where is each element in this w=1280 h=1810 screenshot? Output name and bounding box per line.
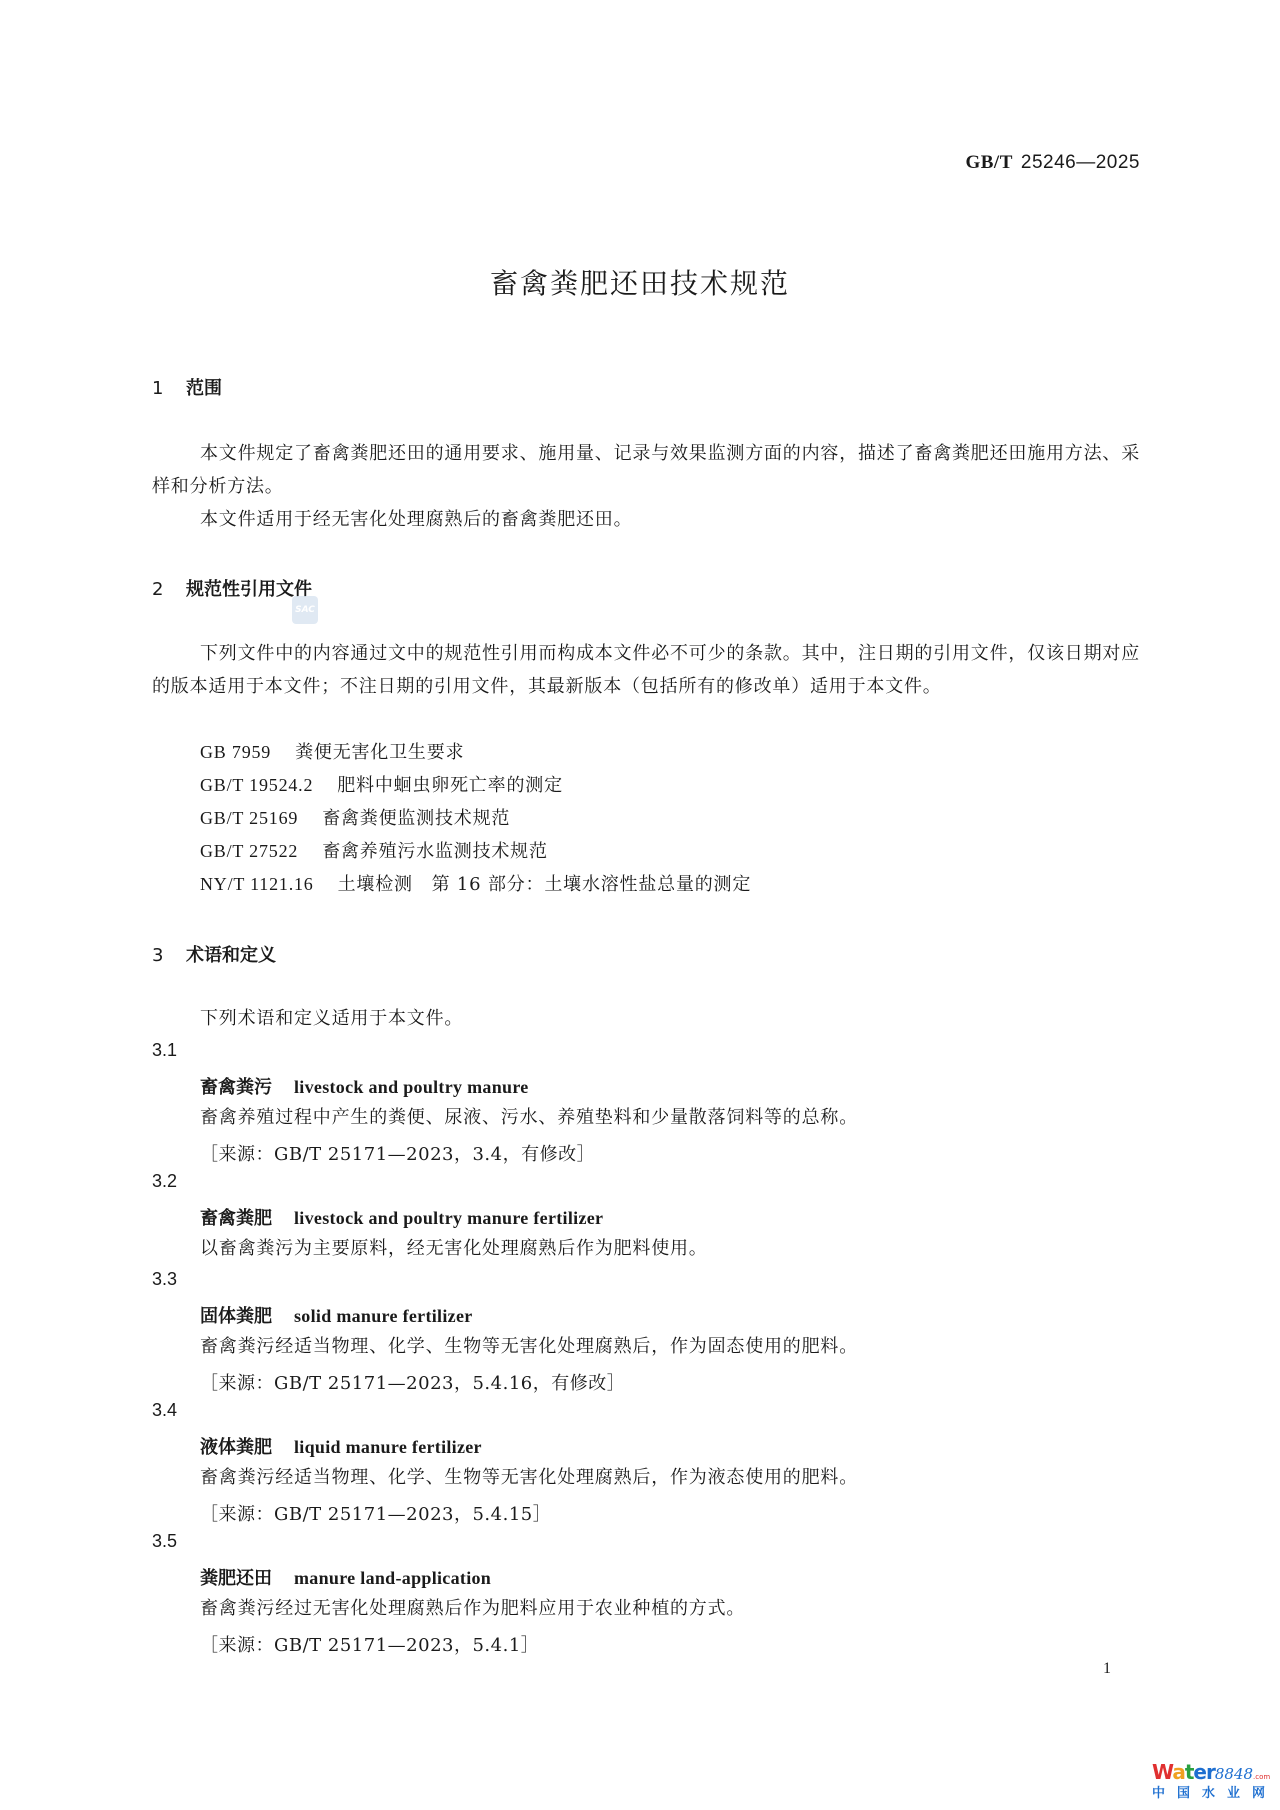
term-definition: 畜禽粪污经适当物理、化学、生物等无害化处理腐熟后，作为固态使用的肥料。 [200,1330,858,1363]
term-number: 3.5 [152,1531,177,1552]
term-heading: 畜禽粪肥livestock and poultry manure fertili… [200,1204,603,1230]
document-title: 畜禽粪肥还田技术规范 [0,262,1280,302]
term-number: 3.4 [152,1400,177,1421]
term-heading: 畜禽粪污livestock and poultry manure [200,1073,529,1099]
term-source: ［来源：GB/T 25171—2023，5.4.1］ [200,1631,539,1657]
term-source: ［来源：GB/T 25171—2023，5.4.16，有修改］ [200,1369,625,1395]
term-definition: 畜禽粪污经适当物理、化学、生物等无害化处理腐熟后，作为液态使用的肥料。 [200,1461,858,1494]
term-heading: 固体粪肥solid manure fertilizer [200,1302,473,1328]
term-definition: 以畜禽粪污为主要原料，经无害化处理腐熟后作为肥料使用。 [200,1232,708,1265]
section-3-heading: 3术语和定义 [152,941,276,967]
term-definition: 畜禽养殖过程中产生的粪便、尿液、污水、养殖垫料和少量散落饲料等的总称。 [200,1101,858,1134]
logo-chinese-text: 中国水业网 [1152,1782,1277,1801]
page-number: 1 [1103,1660,1111,1678]
term-number: 3.2 [152,1171,177,1192]
standard-number: 25246—2025 [1021,152,1140,173]
water8848-logo: Water8848.com 中国水业网 [1152,1760,1277,1801]
reference-item: GB 7959粪便无害化卫生要求 [200,736,464,769]
reference-item: GB/T 25169畜禽粪便监测技术规范 [200,802,510,835]
section-1-heading: 1范围 [152,374,222,400]
standard-code: GB/T25246—2025 [965,152,1140,174]
section-1-para-2: 本文件适用于经无害化处理腐熟后的畜禽粪肥还田。 [152,503,1142,536]
standard-prefix: GB/T [965,152,1012,173]
term-heading: 粪肥还田manure land-application [200,1564,491,1590]
section-1-para-1: 本文件规定了畜禽粪肥还田的通用要求、施用量、记录与效果监测方面的内容，描述了畜禽… [152,437,1142,503]
term-source: ［来源：GB/T 25171—2023，5.4.15］ [200,1500,551,1526]
reference-item: GB/T 19524.2肥料中蛔虫卵死亡率的测定 [200,769,563,802]
term-definition: 畜禽粪污经过无害化处理腐熟后作为肥料应用于农业种植的方式。 [200,1592,745,1625]
term-heading: 液体粪肥liquid manure fertilizer [200,1433,482,1459]
section-2-intro: 下列文件中的内容通过文中的规范性引用而构成本文件必不可少的条款。其中，注日期的引… [152,637,1142,703]
section-2-heading: 2规范性引用文件 [152,575,312,601]
reference-item: GB/T 27522畜禽养殖污水监测技术规范 [200,835,548,868]
section-3-intro: 下列术语和定义适用于本文件。 [200,1002,463,1035]
term-number: 3.3 [152,1269,177,1290]
term-number: 3.1 [152,1040,177,1061]
reference-item: NY/T 1121.16土壤检测 第 16 部分：土壤水溶性盐总量的测定 [200,868,751,901]
sac-watermark: SAC [292,596,318,624]
term-source: ［来源：GB/T 25171—2023，3.4，有修改］ [200,1140,595,1166]
